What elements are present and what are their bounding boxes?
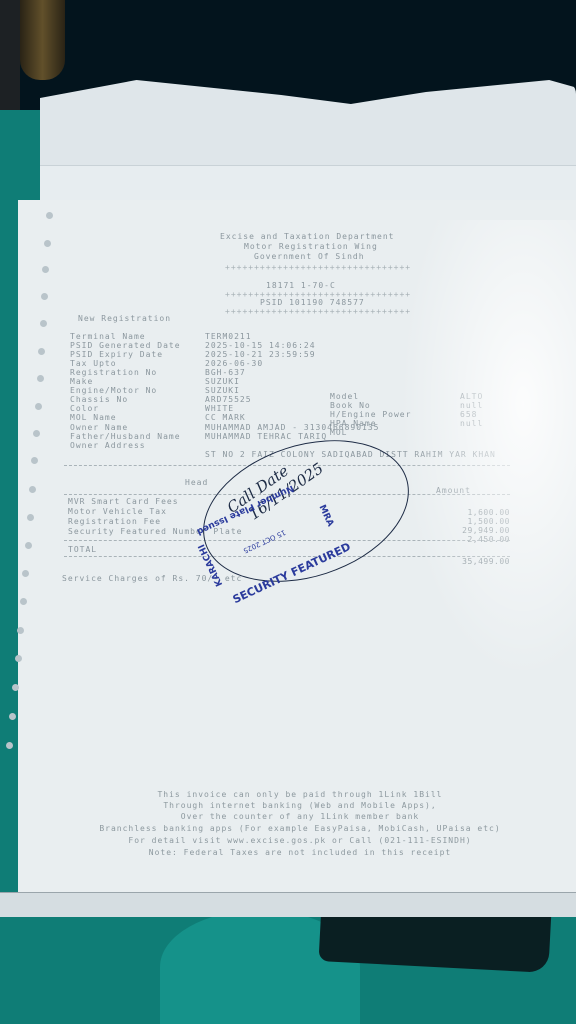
- fee-row-head: MVR Smart Card Fees: [68, 497, 179, 506]
- field-value: SUZUKI: [205, 377, 240, 386]
- fee-row-head: Motor Vehicle Tax: [68, 507, 167, 516]
- perforation-hole: [38, 348, 45, 355]
- perforation-hole: [41, 293, 48, 300]
- field-label: Owner Name: [70, 423, 128, 432]
- field-value: BGH-637: [205, 368, 246, 377]
- field-label: Chassis No: [70, 395, 128, 404]
- side-field-label: Book No: [330, 401, 371, 410]
- perforation-hole: [15, 655, 22, 662]
- field-label: Engine/Motor No: [70, 386, 157, 395]
- header-government: Government Of Sindh: [254, 252, 365, 262]
- fee-row-head: Registration Fee: [68, 517, 161, 526]
- envelope-bottom-edge: [0, 892, 576, 917]
- header-wing: Motor Registration Wing: [244, 242, 378, 252]
- perforation-hole: [33, 430, 40, 437]
- perforation-hole: [35, 403, 42, 410]
- perforation-hole: [40, 320, 47, 327]
- field-label: Registration No: [70, 368, 157, 377]
- perforation-hole: [22, 570, 29, 577]
- field-label: Color: [70, 404, 99, 413]
- perforation-hole: [9, 713, 16, 720]
- perforation-hole: [44, 240, 51, 247]
- footer-line: Note: Federal Taxes are not included in …: [60, 848, 540, 858]
- perforation-hole: [42, 266, 49, 273]
- perforation-hole: [25, 542, 32, 549]
- side-field-label: Model: [330, 392, 359, 401]
- field-label: PSID Generated Date: [70, 341, 181, 350]
- perforation-hole: [27, 514, 34, 521]
- side-field-label: HPA Name: [330, 419, 377, 428]
- field-value: 2026-06-30: [205, 359, 263, 368]
- field-label: Terminal Name: [70, 332, 146, 341]
- table-header-head: Head: [185, 478, 208, 487]
- field-value: MUHAMMAD TEHRAC TARIQ: [205, 432, 327, 441]
- total-label: TOTAL: [68, 545, 97, 554]
- field-value: CC MARK: [205, 413, 246, 422]
- field-label: Owner Address: [70, 441, 146, 450]
- field-label: Father/Husband Name: [70, 432, 181, 441]
- field-value: SUZUKI: [205, 386, 240, 395]
- field-value: 2025-10-15 14:06:24: [205, 341, 316, 350]
- header-separator: ++++++++++++++++++++++++++++++++: [225, 263, 411, 273]
- perforation-hole: [17, 627, 24, 634]
- footer-line: Branchless banking apps (For example Eas…: [60, 824, 540, 834]
- perforation-hole: [29, 486, 36, 493]
- perforation-hole: [6, 742, 13, 749]
- footer-line: This invoice can only be paid through 1L…: [60, 790, 540, 800]
- perforation-hole: [20, 598, 27, 605]
- footer-line: Through internet banking (Web and Mobile…: [60, 801, 540, 811]
- field-label: Tax Upto: [70, 359, 117, 368]
- field-value: WHITE: [205, 404, 234, 413]
- field-label: Make: [70, 377, 93, 386]
- side-field-label: MOL: [330, 428, 347, 437]
- footer-line: For detail visit www.excise.gos.pk or Ca…: [60, 836, 540, 846]
- perforation-hole: [46, 212, 53, 219]
- footer-line: Over the counter of any 1Link member ban…: [60, 812, 540, 822]
- stamp-date: 15 OCT 2025: [242, 528, 287, 555]
- perforation-hole: [31, 457, 38, 464]
- field-value: 2025-10-21 23:59:59: [205, 350, 316, 359]
- section-title: New Registration: [78, 314, 171, 324]
- perforation-hole: [37, 375, 44, 382]
- field-label: MOL Name: [70, 413, 117, 422]
- perforation-hole: [12, 684, 19, 691]
- light-glare: [400, 220, 576, 680]
- field-label: PSID Expiry Date: [70, 350, 163, 359]
- field-value: TERM0211: [205, 332, 252, 341]
- header-department: Excise and Taxation Department: [220, 232, 395, 242]
- header-separator: ++++++++++++++++++++++++++++++++: [225, 307, 411, 317]
- background-object: [20, 0, 65, 80]
- field-value: ARD75525: [205, 395, 252, 404]
